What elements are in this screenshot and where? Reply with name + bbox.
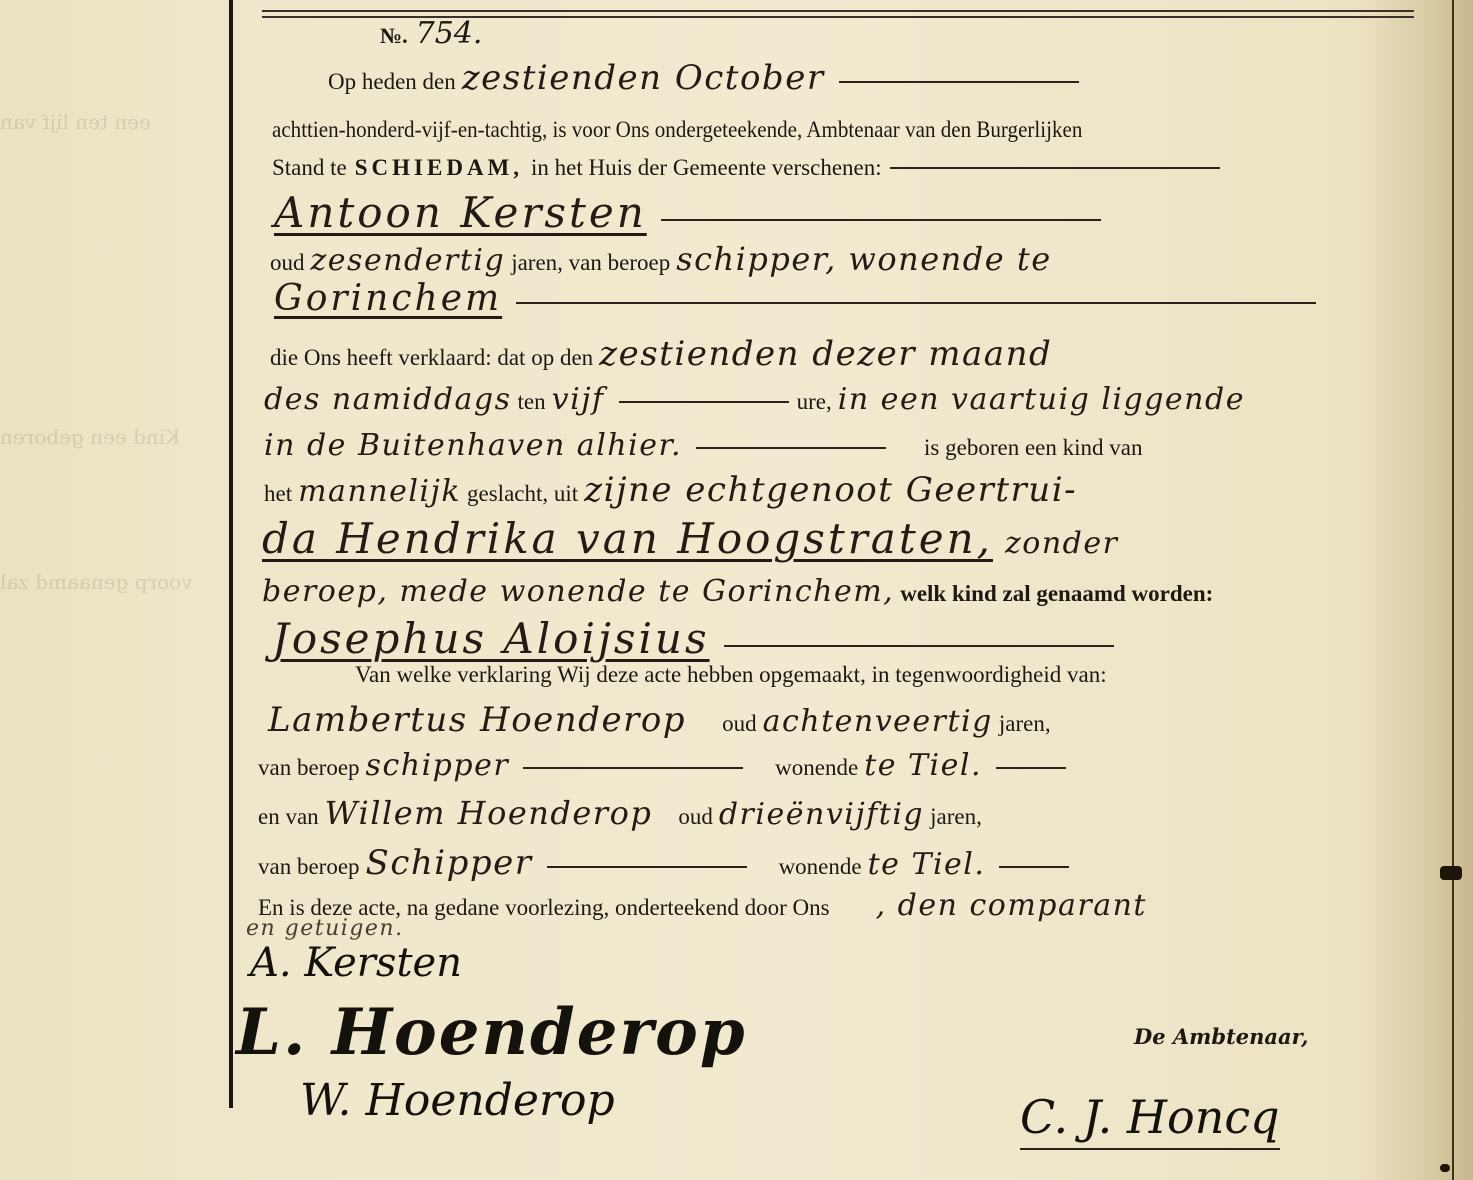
handwritten-age: zesendertig [305,243,512,278]
printed-text: jaren, [930,804,982,830]
handwritten-occupation: zonder [999,526,1125,561]
handwritten-birthplace: in de Buitenhaven alhier. [258,428,688,463]
witness-1-name: Lambertus Hoenderop [262,700,692,740]
witness-2-line: en van Willem Hoenderop oud drieënvijfti… [258,794,982,832]
printed-text: oud [270,250,305,276]
handwritten-birth-day: zestienden dezer maand [593,334,1058,374]
record-line-place: Stand te SCHIEDAM, in het Huis der Gemee… [272,155,1228,181]
handwritten-hour: vijf [546,382,611,417]
handwritten-location: in een vaartuig liggende [832,382,1251,417]
handwritten-date: zestienden October [456,58,831,98]
record-line-age-occupation: oud zesendertig jaren, van beroep schipp… [270,240,1058,278]
witness-1-occupation: schipper [360,748,516,783]
record-line-residence: Gorinchem [268,278,1324,319]
printed-text: geslacht, uit [467,481,578,507]
witness-2-residence: te Tiel. [862,847,992,882]
record-line-mother-surname: da Hendrika van Hoogstraten, zonder [256,514,1124,563]
handwritten-mother-name: zijne echtgenoot Geertrui- [578,470,1083,510]
signature-witness-2: W. Hoenderop [300,1075,615,1126]
act-number-value: 754. [416,16,483,51]
printed-text: van beroep [258,755,360,781]
signature-official: C. J. Honcq [1020,1090,1280,1150]
witness-2-occupation-line: van beroep Schipper wonende te Tiel. [258,843,1077,883]
printed-text: oud [722,711,757,737]
binding-stitch [1440,1164,1450,1172]
blank-rule [999,866,1069,868]
record-line-time: des namiddags ten vijf ure, in een vaart… [258,382,1251,417]
blank-rule [661,219,1101,221]
binding-stitch [1440,866,1462,880]
witness-1-residence: te Tiel. [858,748,988,783]
record-line-declaration: die Ons heeft verklaard: dat op den zest… [270,334,1058,374]
printed-text: welk kind zal genaamd worden: [900,581,1213,607]
handwritten-closing: , den comparant [870,888,1153,923]
handwritten-child-name: Josephus Aloijsius [266,614,716,663]
signature-father: A. Kersten [250,940,462,986]
page-binding-edge [1452,0,1454,1180]
record-line-year: achttien-honderd-vijf-en-tachtig, is voo… [272,117,1158,143]
printed-text: jaren, van beroep [511,250,670,276]
closing-line-2: en getuigen. [240,916,410,941]
handwritten-occupation: schipper, wonende te [670,240,1057,278]
handwritten-closing-2: en getuigen. [240,916,410,941]
top-rule [262,10,1414,12]
left-margin-rule [229,0,233,1108]
witness-2-age: drieënvijftig [713,797,930,832]
record-line-date: Op heden den zestienden October [328,58,1087,98]
printed-text: ten [518,389,546,415]
witness-2-name: Willem Hoenderop [319,794,659,832]
handwritten-mother-fullname: da Hendrika van Hoogstraten, [256,514,999,563]
printed-text: wonende [779,854,862,880]
act-number: №. 754. [380,16,482,51]
printed-text: in het Huis der Gemeente verschenen: [531,155,882,181]
printed-text: jaren, [999,711,1051,737]
handwritten-mother-residence: beroep, mede wonende te Gorinchem, [256,574,900,609]
record-line-birthplace: in de Buitenhaven alhier. is geboren een… [258,428,1142,463]
handwritten-time-of-day: des namiddags [258,382,518,417]
printed-text: het [264,481,292,507]
witness-1-occupation-line: van beroep schipper wonende te Tiel. [258,748,1074,783]
printed-text: Van welke verklaring Wij deze acte hebbe… [355,662,1107,688]
record-line-mother-residence: beroep, mede wonende te Gorinchem, welk … [256,574,1213,609]
blank-rule [996,767,1066,769]
printed-text: is geboren een kind van [924,435,1142,461]
record-line-sex-mother: het mannelijk geslacht, uit zijne echtge… [264,470,1083,510]
printed-text: die Ons heeft verklaard: dat op den [270,345,593,371]
printed-text: en van [258,804,319,830]
printed-text: Op heden den [328,69,456,95]
handwritten-sex: mannelijk [292,474,467,509]
printed-text: Stand te [272,155,347,181]
printed-text: ure, [797,389,832,415]
blank-rule [890,167,1220,169]
printed-text: oud [678,804,713,830]
record-line-declarant: Antoon Kersten [268,188,1109,237]
printed-text: achttien-honderd-vijf-en-tachtig, is voo… [272,117,1082,143]
blank-rule [696,447,886,449]
official-label: De Ambtenaar, [1134,1024,1308,1049]
bleed-through-text: een ten lijf van [0,110,151,134]
blank-rule [839,81,1079,83]
blank-rule [724,645,1114,647]
act-number-label: №. [380,23,408,49]
blank-rule [547,866,747,868]
witness-1-line: Lambertus Hoenderop oud achtenveertig ja… [262,700,1051,740]
city-name: SCHIEDAM, [355,155,523,181]
handwritten-declarant-name: Antoon Kersten [268,188,653,237]
record-line-witness-intro: Van welke verklaring Wij deze acte hebbe… [355,662,1107,688]
signature-witness-1: L. Hoenderop [236,995,747,1070]
printed-text: wonende [775,755,858,781]
witness-1-age: achtenveertig [757,704,999,739]
bleed-through-text: voorp genaamd zal [0,570,192,594]
handwritten-residence: Gorinchem [268,278,508,319]
blank-rule [523,767,743,769]
blank-rule [516,302,1316,304]
bleed-through-text: Kind een geboren [0,425,180,449]
witness-2-occupation: Schipper [360,843,539,883]
blank-rule [619,401,789,403]
printed-text: van beroep [258,854,360,880]
record-line-child-name: Josephus Aloijsius [266,614,1122,663]
